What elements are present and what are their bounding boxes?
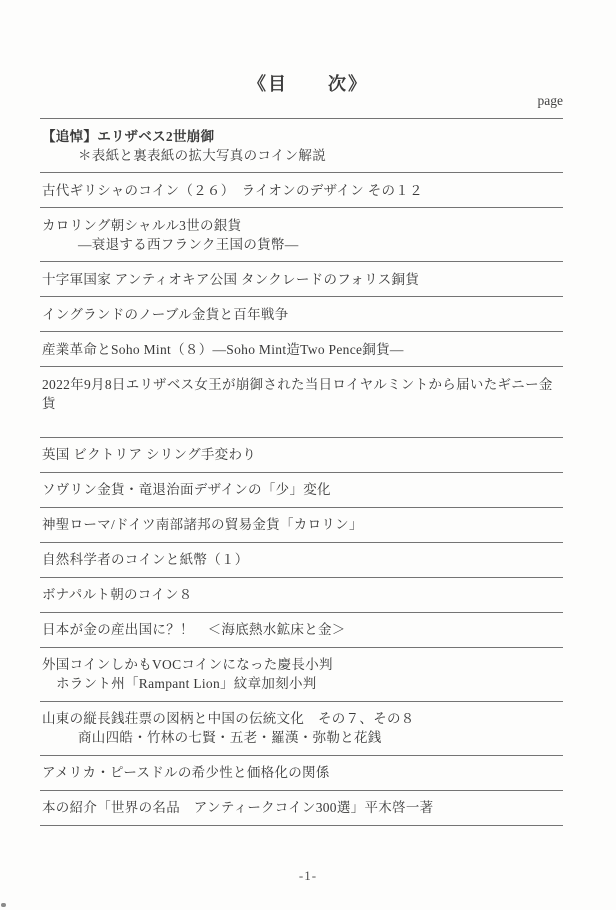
- toc-entry-title: 山東の縦長銭荘票の図柄と中国の伝統文化 その７、その８: [42, 709, 561, 728]
- toc-entry: 本の紹介「世界の名品 アンティークコイン300選」平木啓一著: [40, 790, 563, 825]
- document-page: 《目 次》 page 【追悼】エリザベス2世崩御＊表紙と裏表紙の拡大写真のコイン…: [0, 0, 616, 910]
- toc-entry-title: カロリング朝シャルル3世の銀貨: [42, 216, 561, 235]
- toc-entry: ボナパルト朝のコイン８: [40, 577, 563, 612]
- toc-entry-subtitle: ―衰退する西フランク王国の貨幣―: [42, 235, 561, 254]
- toc-entry: 英国 ビクトリア シリング手変わり: [40, 437, 563, 472]
- toc-entry-title: 十字軍国家 アンティオキア公国 タンクレードのフォリス銅貨: [42, 270, 561, 289]
- toc-entry: 山東の縦長銭荘票の図柄と中国の伝統文化 その７、その８商山四皓・竹林の七賢・五老…: [40, 701, 563, 755]
- toc-list: 【追悼】エリザベス2世崩御＊表紙と裏表紙の拡大写真のコイン解説古代ギリシャのコイ…: [40, 118, 563, 826]
- toc-entry: 神聖ローマ/ドイツ南部諸邦の貿易金貨「カロリン」: [40, 507, 563, 542]
- page-column-label: page: [538, 93, 563, 109]
- scan-artifact: [1, 903, 6, 907]
- toc-entry-title: 本の紹介「世界の名品 アンティークコイン300選」平木啓一著: [42, 798, 561, 817]
- toc-entry: 外国コインしかもVOCコインになった慶長小判ホラント州「Rampant Lion…: [40, 647, 563, 701]
- toc-entry-subtitle: ＊表紙と裏表紙の拡大写真のコイン解説: [42, 146, 561, 165]
- page-number: -1-: [0, 868, 616, 884]
- toc-entry-title: 古代ギリシャのコイン（２６） ライオンのデザイン その１２: [42, 181, 561, 200]
- page-title: 《目 次》: [0, 70, 616, 96]
- toc-entry-title: 神聖ローマ/ドイツ南部諸邦の貿易金貨「カロリン」: [42, 515, 561, 534]
- toc-entry-title: 日本が金の産出国に？！ ＜海底熱水鉱床と金＞: [42, 620, 561, 639]
- toc-entry-title: アメリカ・ピースドルの希少性と価格化の関係: [42, 763, 561, 782]
- toc-entry-title: 自然科学者のコインと紙幣（１）: [42, 550, 561, 569]
- toc-entry-title: 2022年9月8日エリザベス女王が崩御された当日ロイヤルミントから届いたギニー金…: [42, 375, 561, 413]
- toc-entry: 自然科学者のコインと紙幣（１）: [40, 542, 563, 577]
- toc-entry-title: ボナパルト朝のコイン８: [42, 585, 561, 604]
- toc-entry: 【追悼】エリザベス2世崩御＊表紙と裏表紙の拡大写真のコイン解説: [40, 118, 563, 172]
- toc-entry: ソヴリン金貨・竜退治面デザインの「少」変化: [40, 472, 563, 507]
- toc-entry-title: 【追悼】エリザベス2世崩御: [42, 127, 561, 146]
- toc-entry-title: イングランドのノーブル金貨と百年戦争: [42, 305, 561, 324]
- toc-entry: 古代ギリシャのコイン（２６） ライオンのデザイン その１２: [40, 172, 563, 207]
- toc-entry: カロリング朝シャルル3世の銀貨―衰退する西フランク王国の貨幣―: [40, 207, 563, 261]
- toc-entry-title: 英国 ビクトリア シリング手変わり: [42, 445, 561, 464]
- toc-entry-title: 外国コインしかもVOCコインになった慶長小判: [42, 655, 561, 674]
- toc-entry: 2022年9月8日エリザベス女王が崩御された当日ロイヤルミントから届いたギニー金…: [40, 366, 563, 437]
- toc-entry-title: 産業革命とSoho Mint（８）―Soho Mint造Two Pence銅貨―: [42, 340, 561, 359]
- toc-entry: 産業革命とSoho Mint（８）―Soho Mint造Two Pence銅貨―: [40, 331, 563, 366]
- toc-entry: 日本が金の産出国に？！ ＜海底熱水鉱床と金＞: [40, 612, 563, 647]
- toc-entry: イングランドのノーブル金貨と百年戦争: [40, 296, 563, 331]
- toc-entry: アメリカ・ピースドルの希少性と価格化の関係: [40, 755, 563, 790]
- toc-entry-subtitle: ホラント州「Rampant Lion」紋章加刻小判: [42, 674, 561, 693]
- toc-entry-title: ソヴリン金貨・竜退治面デザインの「少」変化: [42, 480, 561, 499]
- toc-entry-subtitle: 商山四皓・竹林の七賢・五老・羅漢・弥勒と花銭: [42, 728, 561, 747]
- toc-entry: 十字軍国家 アンティオキア公国 タンクレードのフォリス銅貨: [40, 261, 563, 296]
